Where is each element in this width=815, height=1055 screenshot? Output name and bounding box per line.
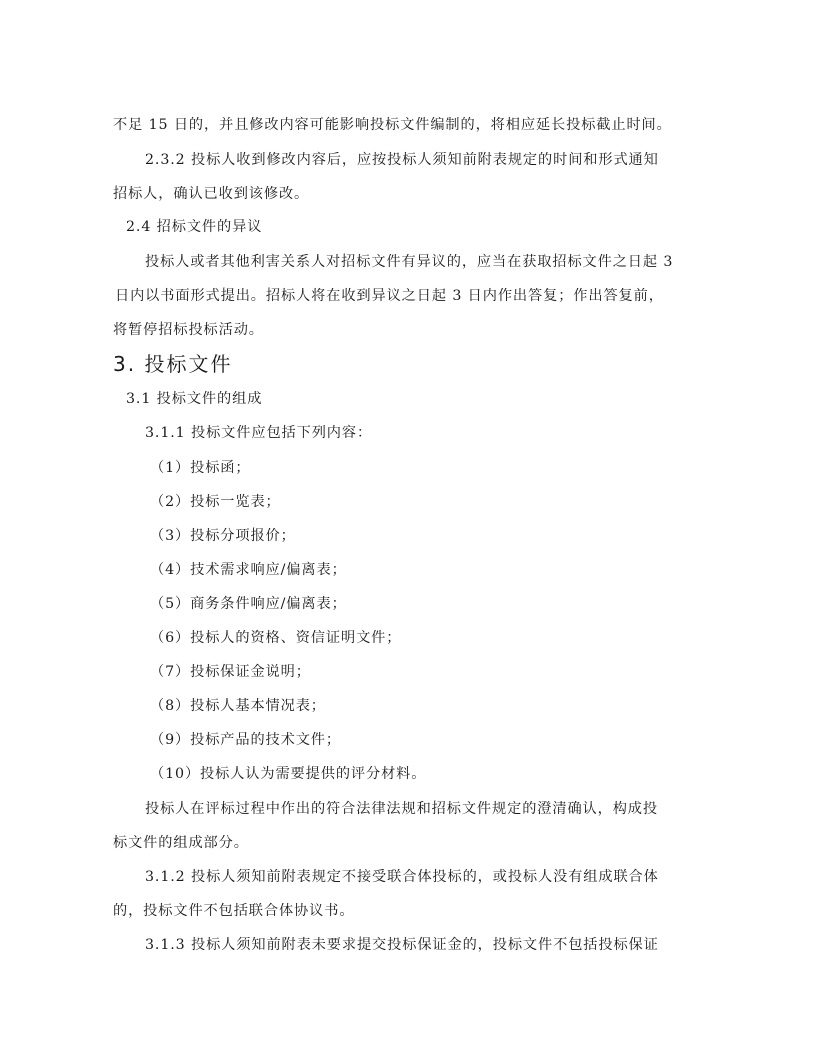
list-item: （6）投标人的资格、资信证明文件；: [150, 629, 401, 647]
list-item: （3）投标分项报价；: [150, 527, 296, 545]
clause-232-line-2: 招标人，确认已收到该修改。: [113, 185, 309, 203]
subsection-31-heading: 3.1 投标文件的组成: [126, 390, 262, 408]
document-page: 不足 15 日的，并且修改内容可能影响投标文件编制的，将相应延长投标截止时间。 …: [0, 0, 815, 1055]
subsection-24-heading: 2.4 招标文件的异议: [126, 218, 262, 236]
objection-line-1: 投标人或者其他利害关系人对招标文件有异议的，应当在获取招标文件之日起 3: [145, 253, 673, 271]
clarification-line-1: 投标人在评标过程中作出的符合法律法规和招标文件规定的澄清确认，构成投: [145, 800, 658, 818]
list-item: （7）投标保证金说明；: [150, 663, 311, 681]
list-item: （1）投标函；: [150, 459, 250, 477]
clause-232-line-1: 2.3.2 投标人收到修改内容后，应按投标人须知前附表规定的时间和形式通知: [145, 151, 659, 169]
clarification-line-2: 标文件的组成部分。: [113, 834, 249, 852]
list-item: （4）技术需求响应/偏离表；: [150, 561, 347, 579]
clause-311: 3.1.1 投标文件应包括下列内容：: [145, 424, 372, 442]
list-item: （9）投标产品的技术文件；: [150, 731, 341, 749]
list-item: （2）投标一览表；: [150, 493, 281, 511]
paragraph-line: 不足 15 日的，并且修改内容可能影响投标文件编制的，将相应延长投标截止时间。: [113, 116, 672, 134]
clause-312-line-1: 3.1.2 投标人须知前附表规定不接受联合体投标的，或投标人没有组成联合体: [145, 868, 659, 886]
list-item: （10）投标人认为需要提供的评分材料。: [150, 765, 426, 783]
section-3-heading: 3. 投标文件: [113, 352, 232, 376]
list-item: （5）商务条件响应/偏离表；: [150, 595, 347, 613]
objection-line-2: 日内以书面形式提出。招标人将在收到异议之日起 3 日内作出答复；作出答复前，: [115, 287, 664, 305]
objection-line-3: 将暂停招标投标活动。: [113, 321, 264, 339]
clause-313-line-1: 3.1.3 投标人须知前附表未要求提交投标保证金的，投标文件不包括投标保证: [145, 936, 659, 954]
list-item: （8）投标人基本情况表；: [150, 697, 326, 715]
clause-312-line-2: 的，投标文件不包括联合体协议书。: [113, 902, 354, 920]
